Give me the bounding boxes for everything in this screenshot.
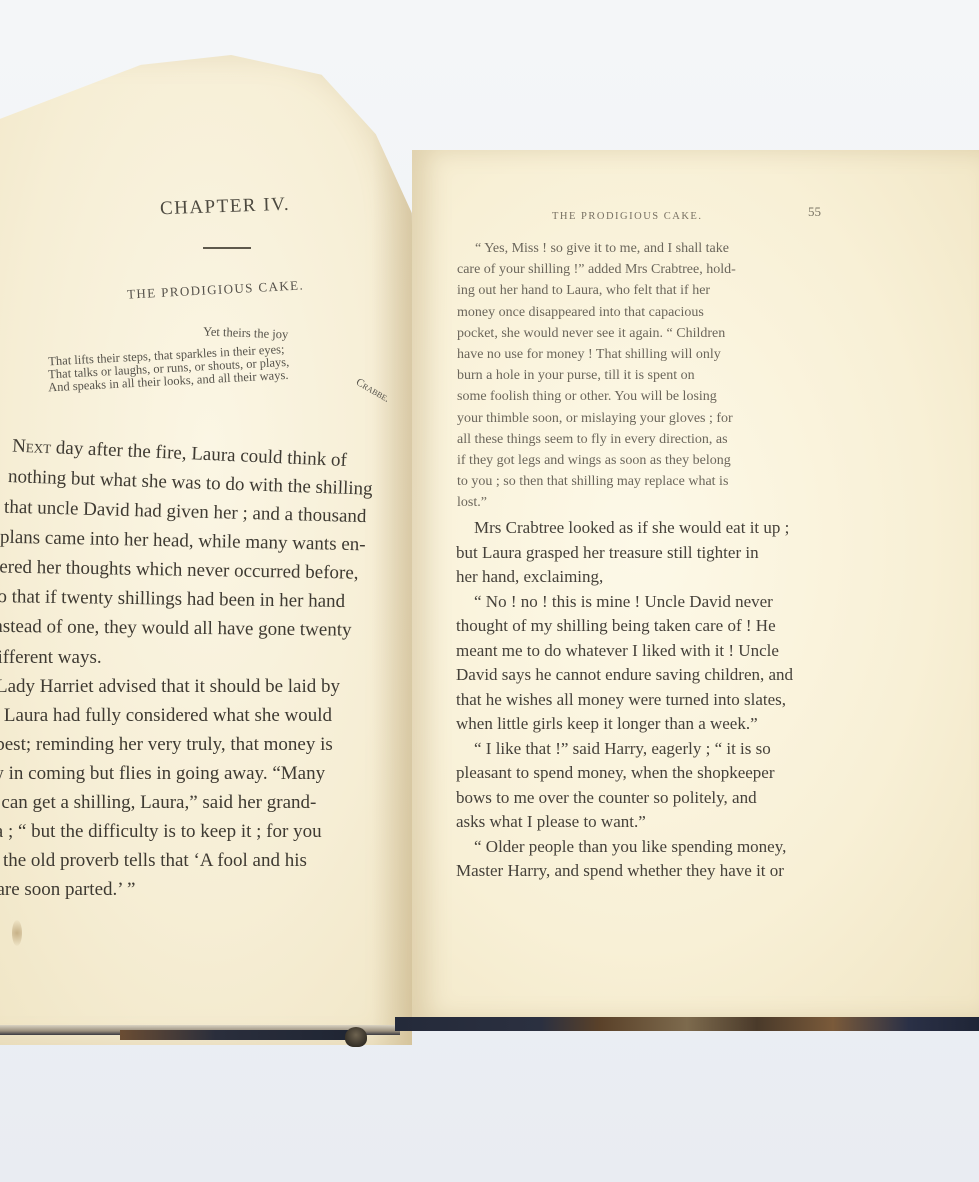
- body-line: lost.”: [457, 492, 877, 513]
- body-line: money are soon parted.’ ”: [0, 875, 415, 904]
- epigraph: Yet theirs the joy That lifts their step…: [48, 328, 408, 403]
- body-line: all these things seem to fly in every di…: [457, 429, 877, 450]
- body-line: her hand, exclaiming,: [456, 565, 916, 590]
- body-line: till Laura had fully considered what she…: [0, 701, 415, 730]
- body-line: “ Yes, Miss ! so give it to me, and I sh…: [457, 238, 877, 259]
- body-line: that he wishes all money were turned int…: [456, 688, 916, 713]
- body-line: Master Harry, and spend whether they hav…: [456, 859, 916, 884]
- right-page-body: Mrs Crabtree looked as if she would eat …: [456, 516, 916, 884]
- running-head: THE PRODIGIOUS CAKE.: [552, 211, 702, 222]
- open-book-photo: CHAPTER IV. THE PRODIGIOUS CAKE. Yet the…: [0, 0, 979, 1182]
- body-line: “ I like that !” said Harry, eagerly ; “…: [456, 737, 916, 762]
- body-line: people can get a shilling, Laura,” said …: [0, 788, 415, 817]
- body-line: your thimble soon, or mislaying your glo…: [457, 408, 877, 429]
- body-line: slow in coming but flies in going away. …: [0, 759, 415, 788]
- body-line: meant me to do whatever I liked with it …: [456, 639, 916, 664]
- body-line: pleasant to spend money, when the shopke…: [456, 761, 916, 786]
- book-cover-left-edge: [120, 1030, 360, 1040]
- left-page-body: Next day after the fire, Laura could thi…: [0, 440, 415, 904]
- body-line: ing out her hand to Laura, who felt that…: [457, 280, 877, 301]
- body-line: “ Older people than you like spending mo…: [456, 835, 916, 860]
- paper-stain: [12, 920, 22, 946]
- body-line: asks what I please to want.”: [456, 810, 916, 835]
- body-line: know the old proverb tells that ‘A fool …: [0, 846, 415, 875]
- page-number: 55: [808, 204, 821, 220]
- chapter-rule-divider: [203, 247, 251, 249]
- body-line: pocket, she would never see it again. “ …: [457, 323, 877, 344]
- body-line: bows to me over the counter so politely,…: [456, 786, 916, 811]
- body-line: “ No ! no ! this is mine ! Uncle David n…: [456, 590, 916, 615]
- body-line: like best; reminding her very truly, tha…: [0, 730, 415, 759]
- body-line: instead of one, they would all have gone…: [0, 612, 415, 645]
- body-line: some foolish thing or other. You will be…: [457, 386, 877, 407]
- body-line: have no use for money ! That shilling wi…: [457, 344, 877, 365]
- body-line: when little girls keep it longer than a …: [456, 712, 916, 737]
- book-cover-right-edge: [395, 1017, 979, 1031]
- body-line: thought of my shilling being taken care …: [456, 614, 916, 639]
- body-line: if they got legs and wings as soon as th…: [457, 450, 877, 471]
- chapter-title: CHAPTER IV.: [160, 194, 291, 221]
- body-line: Mrs Crabtree looked as if she would eat …: [456, 516, 916, 541]
- right-page-faded-text: “ Yes, Miss ! so give it to me, and I sh…: [457, 238, 877, 514]
- drop-lead-word: Next: [12, 435, 52, 458]
- body-line: care of your shilling !” added Mrs Crabt…: [457, 259, 877, 280]
- spine-headband: [345, 1027, 367, 1047]
- body-line: different ways.: [0, 643, 415, 672]
- body-line: burn a hole in your purse, till it is sp…: [457, 365, 877, 386]
- body-line: to you ; so then that shilling may repla…: [457, 471, 877, 492]
- body-line: Lady Harriet advised that it should be l…: [0, 672, 415, 701]
- body-line: but Laura grasped her treasure still tig…: [456, 541, 916, 566]
- body-line: mamma ; “ but the difficulty is to keep …: [0, 817, 415, 846]
- body-line: David says he cannot endure saving child…: [456, 663, 916, 688]
- body-line: money once disappeared into that capacio…: [457, 302, 877, 323]
